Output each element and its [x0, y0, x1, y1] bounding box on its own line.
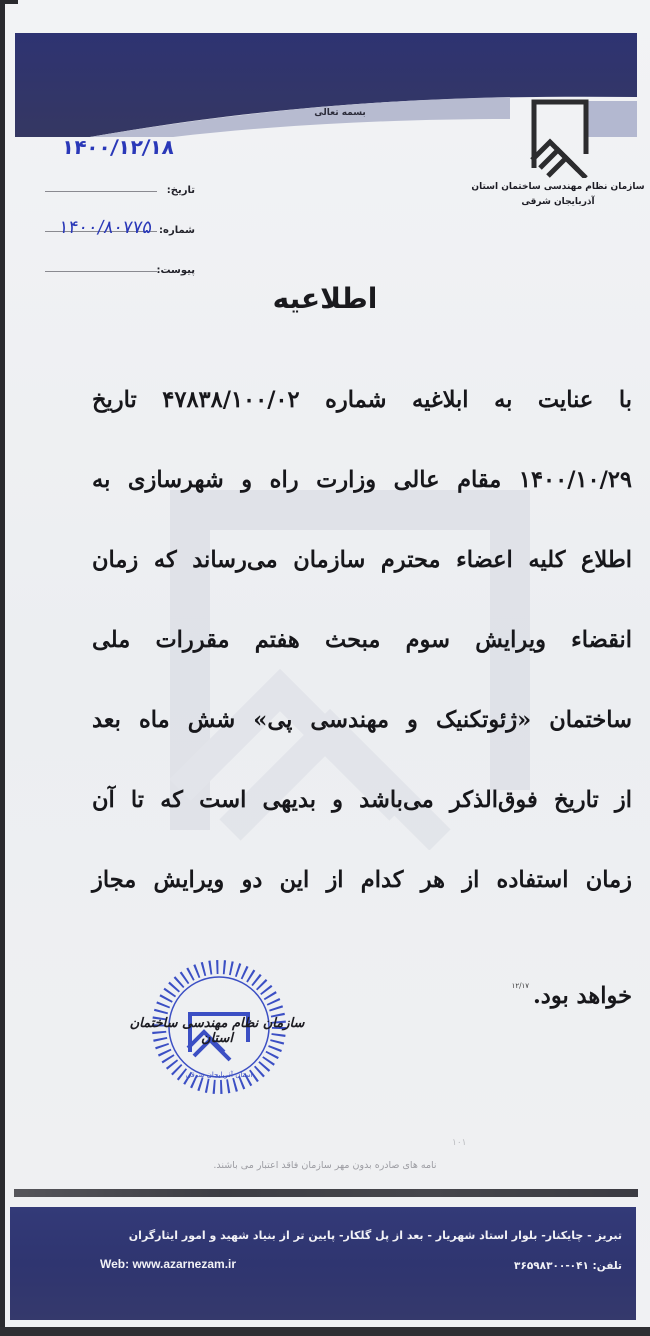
footer-address: تبریز - چایکنار- بلوار استاد شهریار - بع…	[10, 1229, 622, 1242]
footer-band: تبریز - چایکنار- بلوار استاد شهریار - بع…	[10, 1207, 636, 1320]
body-line: زمان استفاده از هر کدام از این دو ویرایش…	[92, 858, 632, 938]
scan-edge	[0, 0, 5, 1336]
body-line: اطلاع کلیه اعضاء محترم سازمان می‌رساند ک…	[92, 538, 632, 618]
body-line: از تاریخ فوق‌الذکر می‌باشد و بدیهی است ک…	[92, 778, 632, 858]
attachment-label: پیوست:	[156, 265, 195, 276]
scan-corner	[0, 0, 18, 4]
footer-phone: تلفن: ۰۴۱-۳۶۵۹۸۳۰۰	[514, 1260, 622, 1272]
disclaimer-text: نامه های صادره بدون مهر سازمان فاقد اعتب…	[150, 1160, 500, 1171]
number-value: ۱۴۰۰/۸۰۷۷۵	[58, 217, 154, 238]
signature-text: سازمان نظام مهندسی ساختمان استان	[122, 1016, 312, 1046]
body-line: انقضاء ویرایش سوم مبحث هفتم مقررات ملی	[92, 618, 632, 698]
attachment-line	[45, 271, 157, 272]
svg-text:استان آذربایجان شرقی: استان آذربایجان شرقی	[186, 1070, 253, 1079]
document-title: اطلاعیه	[0, 282, 650, 315]
body-line: ۱۴۰۰/۱۰/۲۹ مقام عالی وزارت راه و شهرسازی…	[92, 458, 632, 538]
organization-name: سازمان نظام مهندسی ساختمان استان آذربایج…	[470, 180, 646, 210]
handwritten-date: ۱۴۰۰/۱۲/۱۸	[61, 135, 176, 159]
bismillah-text: بسمه تعالی	[300, 108, 380, 118]
faint-mark: ۱۰۱	[452, 1138, 467, 1148]
date-line	[45, 191, 157, 192]
scan-bottom-edge	[0, 1327, 650, 1336]
number-field: شماره: ۱۴۰۰/۸۰۷۷۵	[45, 218, 195, 236]
footer-website-link[interactable]: Web: www.azarnezam.ir	[100, 1257, 236, 1271]
handwritten-annotation: ۱۲/۱۷	[512, 964, 529, 1008]
number-label: شماره:	[159, 225, 195, 236]
footer-divider	[14, 1189, 638, 1197]
organization-name-line1: سازمان نظام مهندسی ساختمان استان	[470, 180, 646, 195]
body-line: خواهد بود.	[533, 974, 632, 1018]
organization-name-line2: آذربایجان شرقی	[470, 195, 646, 210]
notice-body: با عنایت به ابلاغیه شماره ۴۷۸۳۸/۱۰۰/۰۲ ت…	[92, 378, 632, 1018]
date-label: تاریخ:	[167, 185, 195, 196]
attachment-field: پیوست:	[45, 258, 195, 276]
building-roof-logo-icon	[528, 98, 594, 178]
body-line: با عنایت به ابلاغیه شماره ۴۷۸۳۸/۱۰۰/۰۲ ت…	[92, 378, 632, 458]
body-line: ساختمان «ژئوتکنیک و مهندسی پی» شش ماه بع…	[92, 698, 632, 778]
date-field: تاریخ:	[45, 178, 195, 196]
